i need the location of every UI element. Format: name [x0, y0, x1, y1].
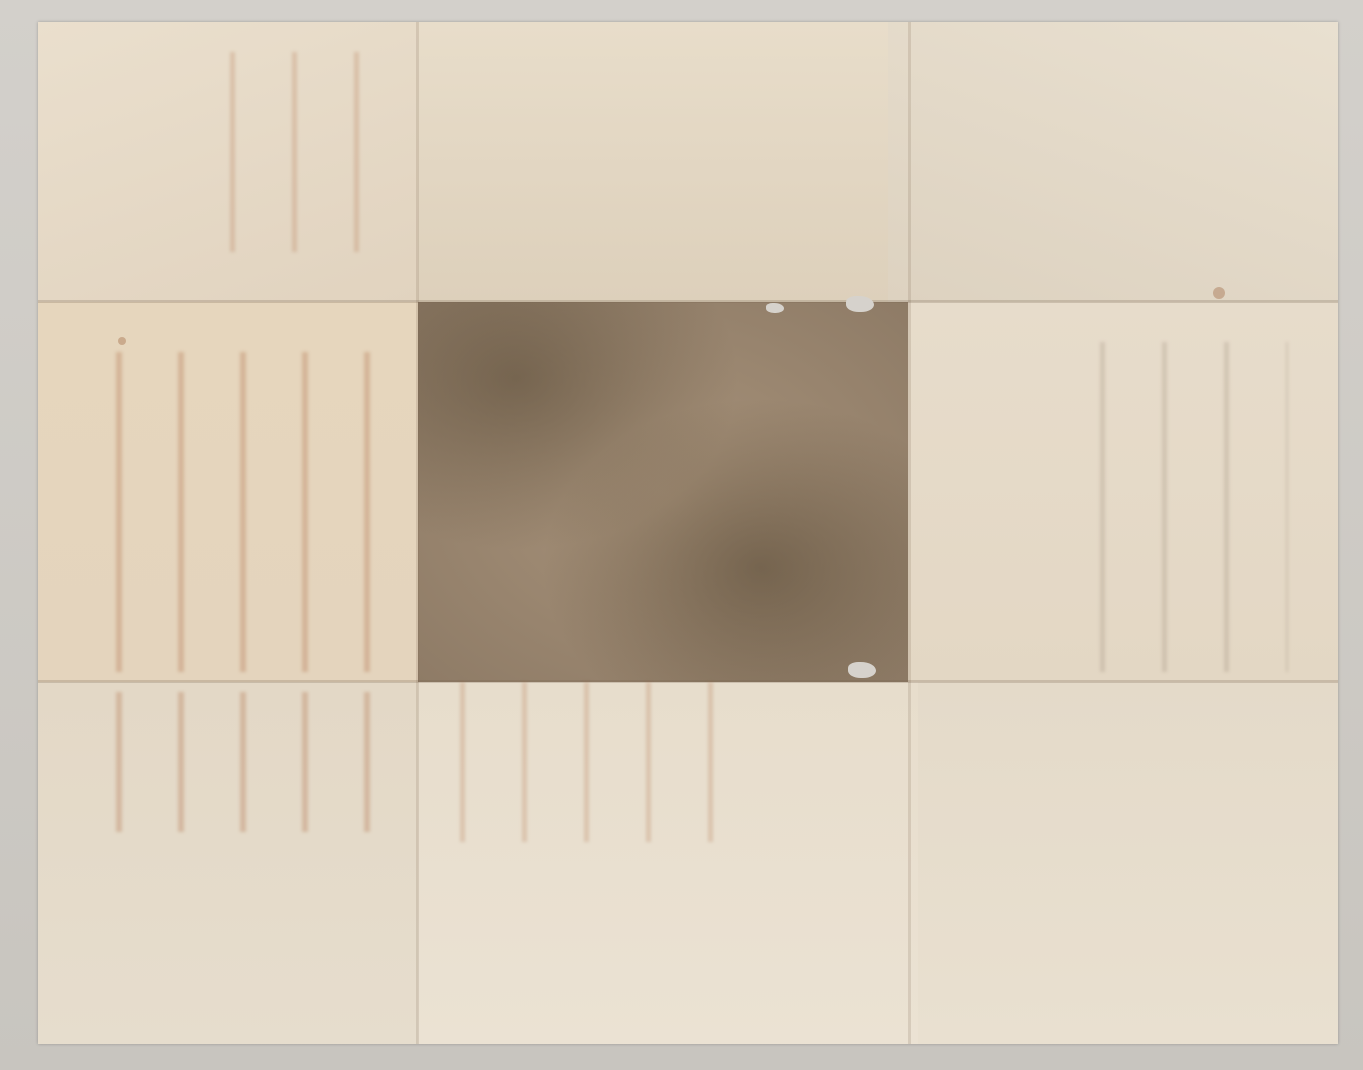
paper-tear: [846, 296, 874, 312]
ink-spot: [118, 337, 126, 345]
panel-bottom-right: [918, 682, 1338, 1044]
paper-tear: [848, 662, 876, 678]
fold-line-horizontal: [38, 300, 1338, 303]
stained-center-panel: [418, 302, 908, 682]
panel-top-right: [888, 22, 1338, 302]
letter-sheet: [38, 22, 1338, 1044]
fold-line-vertical: [908, 22, 911, 1044]
ink-spot: [1213, 287, 1225, 299]
panel-top-center: [418, 22, 888, 302]
fold-line-vertical: [416, 22, 419, 1044]
paper-tear: [766, 303, 784, 313]
